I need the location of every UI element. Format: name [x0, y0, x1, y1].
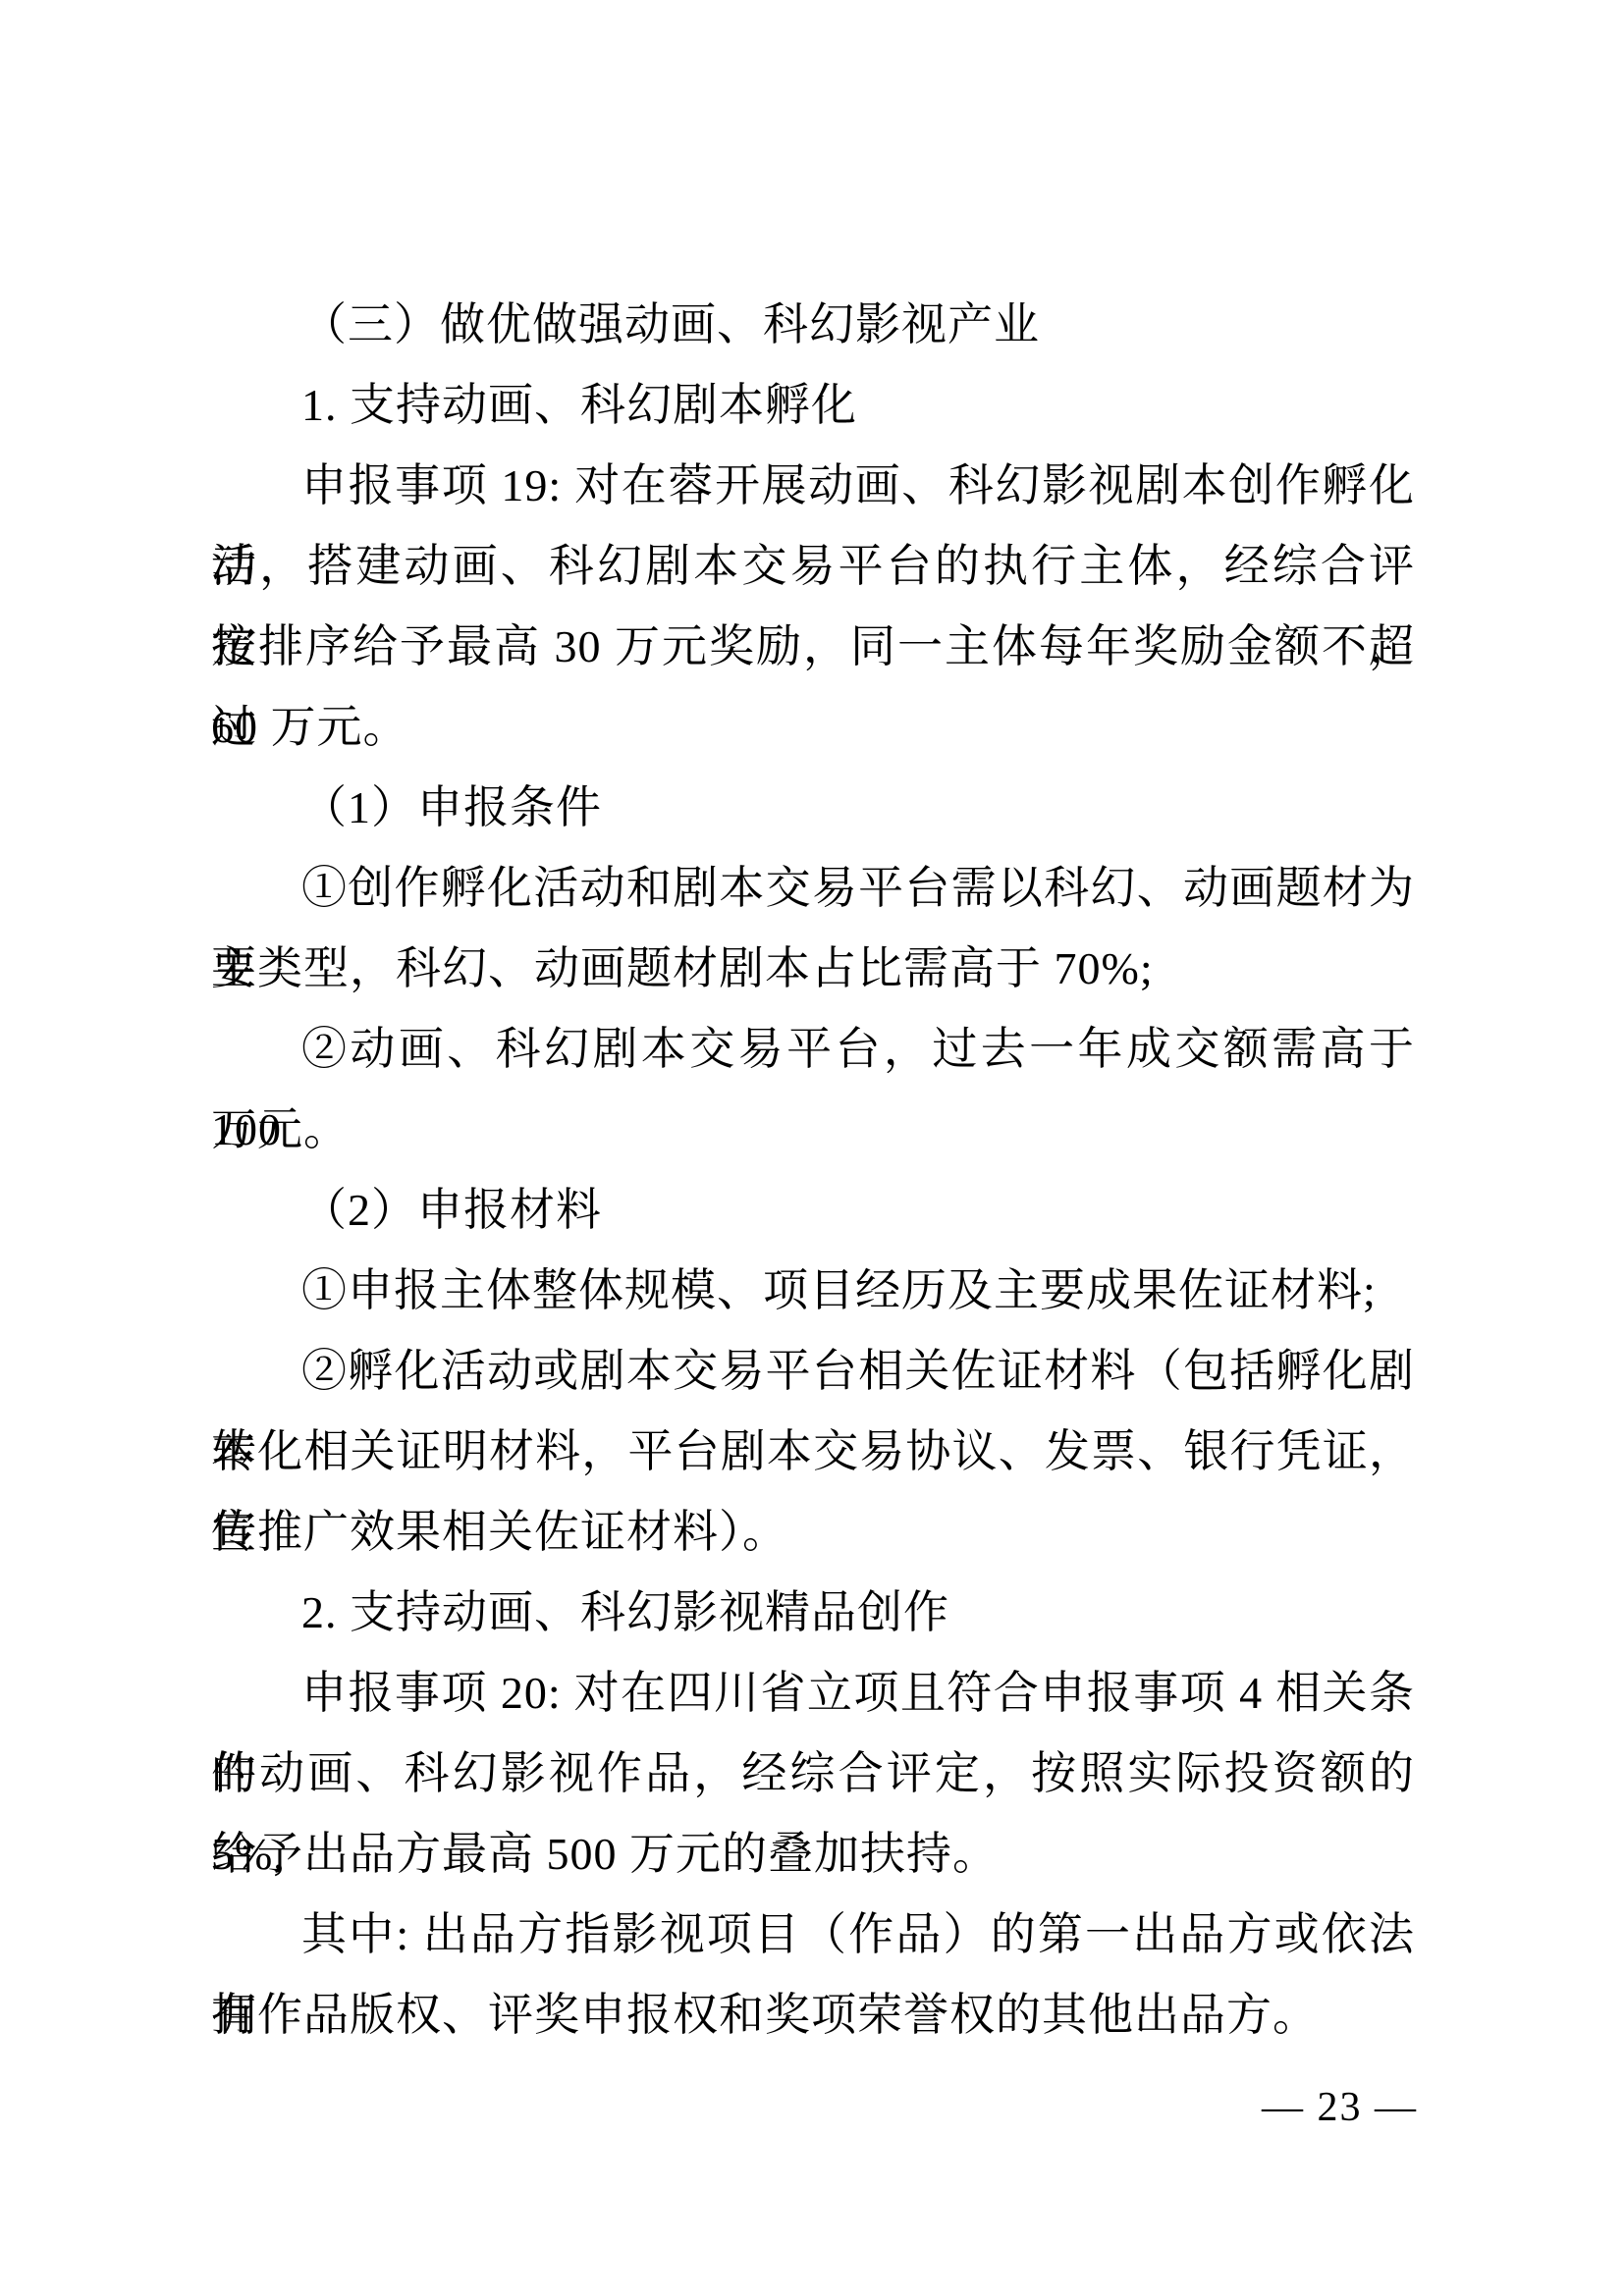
- paragraph: ②动画、科幻剧本交易平台，过去一年成交额需高于 100万元。: [211, 1009, 1415, 1170]
- text-line: 2. 支持动画、科幻影视精品创作: [211, 1573, 1415, 1653]
- text-line: 传推广效果相关佐证材料）。: [211, 1492, 1415, 1573]
- text-line: 要类型，科幻、动画题材剧本占比需高于 70%;: [211, 929, 1415, 1009]
- section-heading: 2. 支持动画、科幻影视精品创作: [211, 1573, 1415, 1653]
- text-line: 动，搭建动画、科幻剧本交易平台的执行主体，经综合评定，: [211, 526, 1415, 607]
- text-line: （三）做优做强动画、科幻影视产业: [211, 285, 1415, 365]
- text-line: 1. 支持动画、科幻剧本孵化: [211, 365, 1415, 446]
- text-line: ②孵化活动或剧本交易平台相关佐证材料（包括孵化剧本: [211, 1331, 1415, 1412]
- text-line: 申报事项 20: 对在四川省立项且符合申报事项 4 相关条件: [211, 1653, 1415, 1734]
- page-number: — 23 —: [1262, 2085, 1418, 2130]
- paragraph: 申报事项 19: 对在蓉开展动画、科幻影视剧本创作孵化活动，搭建动画、科幻剧本交…: [211, 446, 1415, 768]
- paragraph: ②孵化活动或剧本交易平台相关佐证材料（包括孵化剧本转化相关证明材料，平台剧本交易…: [211, 1331, 1415, 1573]
- text-line: 万元。: [211, 1090, 1415, 1170]
- paragraph: 其中: 出品方指影视项目（作品）的第一出品方或依法拥有作品版权、评奖申报权和奖项…: [211, 1895, 1415, 2056]
- paragraph: （2）申报材料: [211, 1170, 1415, 1251]
- document-page: （三）做优做强动画、科幻影视产业1. 支持动画、科幻剧本孵化申报事项 19: 对…: [0, 0, 1624, 2296]
- text-line: 60 万元。: [211, 687, 1415, 768]
- paragraph: ①创作孵化活动和剧本交易平台需以科幻、动画题材为主要类型，科幻、动画题材剧本占比…: [211, 848, 1415, 1009]
- document-body: （三）做优做强动画、科幻影视产业1. 支持动画、科幻剧本孵化申报事项 19: 对…: [211, 285, 1415, 2056]
- text-line: 给予出品方最高 500 万元的叠加扶持。: [211, 1814, 1415, 1895]
- text-line: （1）申报条件: [211, 768, 1415, 848]
- paragraph: ①申报主体整体规模、项目经历及主要成果佐证材料;: [211, 1251, 1415, 1331]
- text-line: ①申报主体整体规模、项目经历及主要成果佐证材料;: [211, 1251, 1415, 1331]
- text-line: 申报事项 19: 对在蓉开展动画、科幻影视剧本创作孵化活: [211, 446, 1415, 526]
- paragraph: 申报事项 20: 对在四川省立项且符合申报事项 4 相关条件的动画、科幻影视作品…: [211, 1653, 1415, 1895]
- text-line: 按排序给予最高 30 万元奖励，同一主体每年奖励金额不超过: [211, 607, 1415, 687]
- text-line: ①创作孵化活动和剧本交易平台需以科幻、动画题材为主: [211, 848, 1415, 929]
- section-heading: （三）做优做强动画、科幻影视产业: [211, 285, 1415, 365]
- text-line: 的动画、科幻影视作品，经综合评定，按照实际投资额的 5%,: [211, 1734, 1415, 1814]
- section-heading: 1. 支持动画、科幻剧本孵化: [211, 365, 1415, 446]
- paragraph: （1）申报条件: [211, 768, 1415, 848]
- text-line: 有作品版权、评奖申报权和奖项荣誉权的其他出品方。: [211, 1975, 1415, 2056]
- text-line: 转化相关证明材料，平台剧本交易协议、发票、银行凭证，宣: [211, 1412, 1415, 1492]
- text-line: （2）申报材料: [211, 1170, 1415, 1251]
- text-line: 其中: 出品方指影视项目（作品）的第一出品方或依法拥: [211, 1895, 1415, 1975]
- text-line: ②动画、科幻剧本交易平台，过去一年成交额需高于 100: [211, 1009, 1415, 1090]
